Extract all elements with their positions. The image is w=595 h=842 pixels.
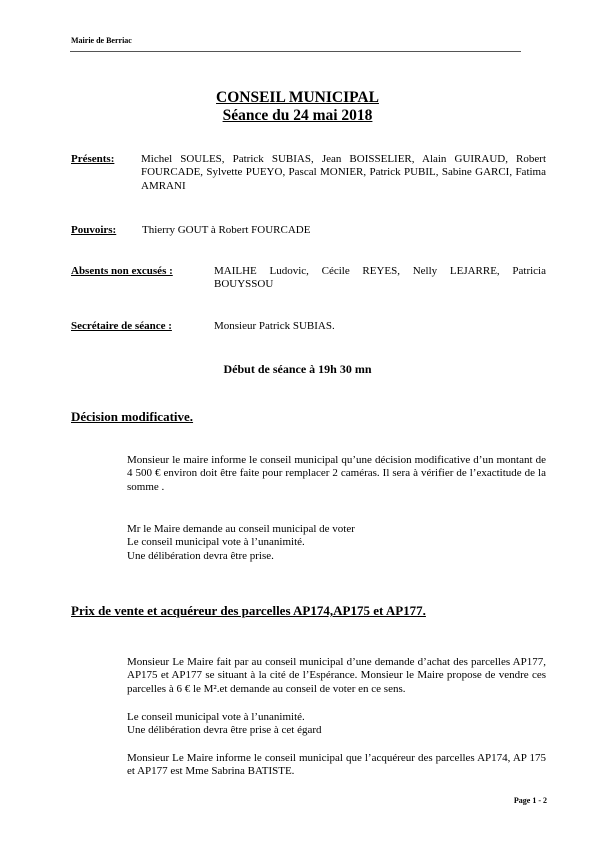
secretaire-label: Secrétaire de séance :	[71, 320, 172, 332]
section-1-paragraph: Monsieur le maire informe le conseil mun…	[127, 454, 546, 494]
section-2-line: Une délibération devra être prise à cet …	[127, 724, 546, 737]
absents-label: Absents non excusés :	[71, 265, 173, 277]
pouvoirs-value: Thierry GOUT à Robert FOURCADE	[142, 224, 546, 237]
section-1-line: Une délibération devra être prise.	[127, 550, 546, 563]
section-2-acquereur-paragraph: Monsieur Le Maire informe le conseil mun…	[127, 752, 546, 779]
title-subtitle: Séance du 24 mai 2018	[223, 107, 373, 124]
presents-label: Présents:	[71, 153, 114, 165]
session-start: Début de séance à 19h 30 mn	[0, 362, 595, 377]
section-2-vote-block: Le conseil municipal vote à l’unanimité.…	[127, 711, 546, 738]
section-2-paragraph: Monsieur Le Maire fait par au conseil mu…	[127, 656, 546, 696]
header-divider	[70, 51, 521, 52]
section-2-line: Le conseil municipal vote à l’unanimité.	[127, 711, 546, 724]
presents-value: Michel SOULES, Patrick SUBIAS, Jean BOIS…	[141, 153, 546, 193]
section-1-line: Mr le Maire demande au conseil municipal…	[127, 523, 546, 536]
section-title-prix-de-vente: Prix de vente et acquéreur des parcelles…	[71, 603, 426, 619]
section-title-decision-modificative: Décision modificative.	[71, 409, 193, 425]
section-1-vote-block: Mr le Maire demande au conseil municipal…	[127, 523, 546, 563]
pouvoirs-label: Pouvoirs:	[71, 224, 116, 236]
section-1-line: Le conseil municipal vote à l’unanimité.	[127, 536, 546, 549]
secretaire-value: Monsieur Patrick SUBIAS.	[214, 320, 546, 333]
title-main: CONSEIL MUNICIPAL	[216, 89, 379, 106]
header-organization: Mairie de Berriac	[71, 36, 132, 45]
document-title: CONSEIL MUNICIPAL Séance du 24 mai 2018	[0, 89, 595, 125]
page-number: Page 1 - 2	[514, 796, 547, 805]
absents-value: MAILHE Ludovic, Cécile REYES, Nelly LEJA…	[214, 265, 546, 292]
